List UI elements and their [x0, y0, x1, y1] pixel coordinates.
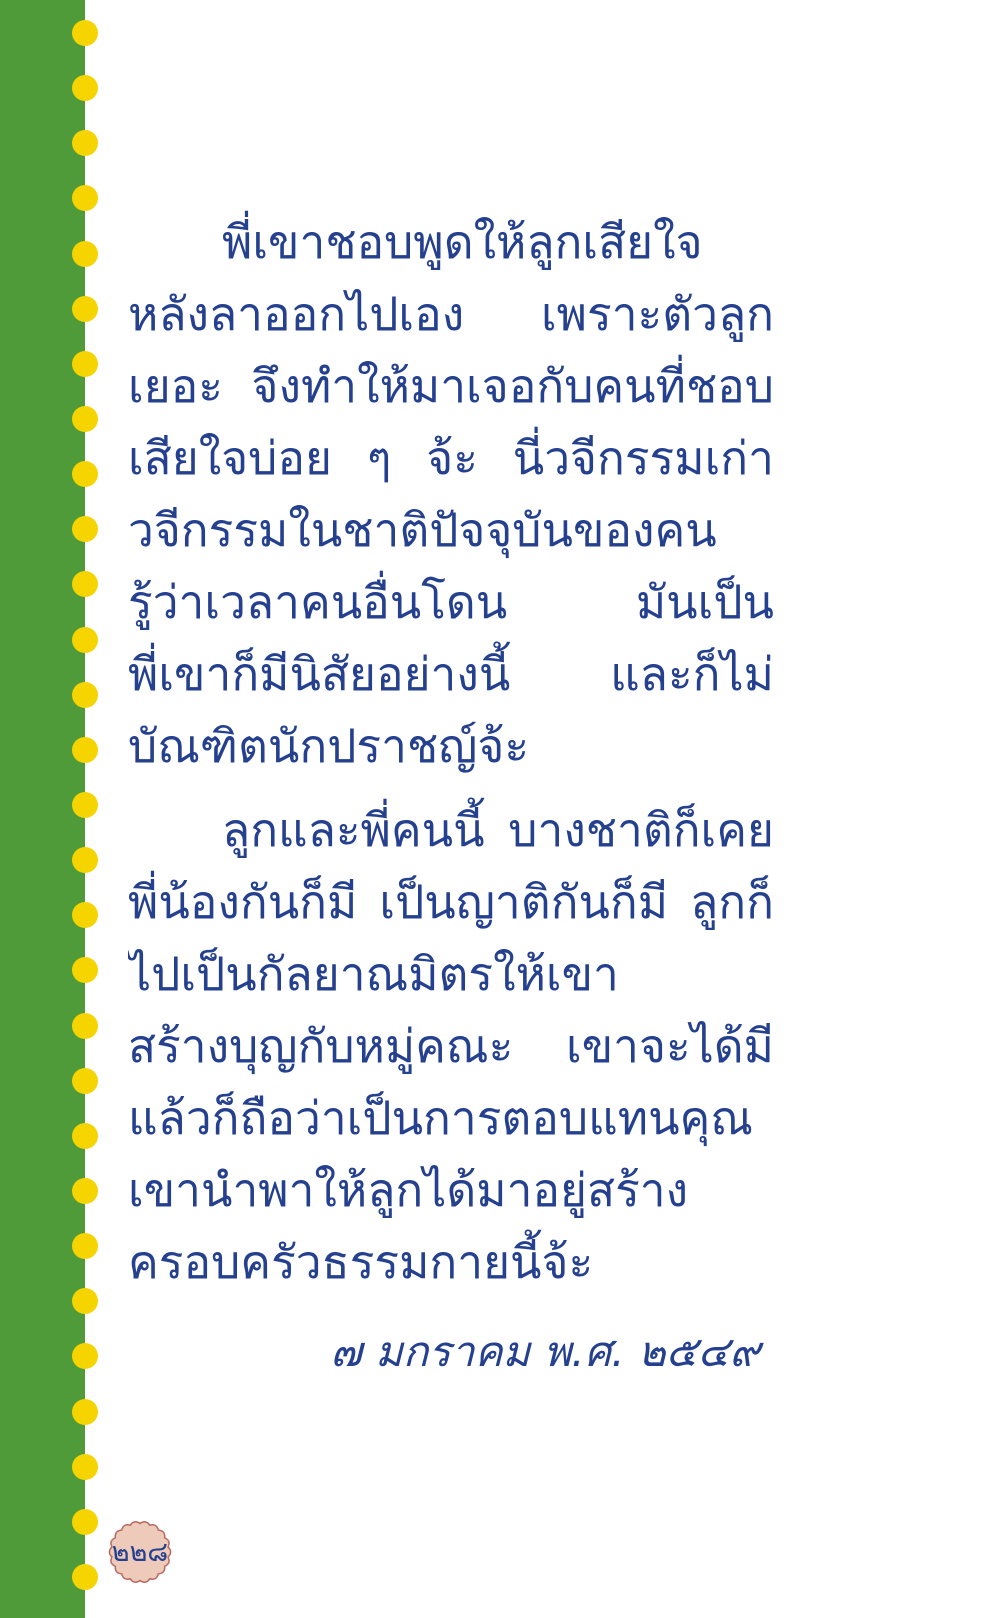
- yellow-dot: [72, 516, 98, 542]
- page-number-badge: ๒๒๘: [107, 1519, 173, 1585]
- yellow-dot: [72, 406, 98, 432]
- yellow-dot: [72, 1509, 98, 1535]
- yellow-dot: [72, 130, 98, 156]
- text-line: พี่เขาก็มีนิสัยอย่างนี้ และก็ไม่ค่อยมีบุ…: [128, 638, 774, 710]
- text-block: พี่เขาชอบพูดให้ลูกเสียใจ และตอนหลังลาออก…: [128, 206, 774, 1382]
- text-line: ครอบครัวธรรมกายนี้จ้ะ: [128, 1226, 774, 1298]
- text-line: หลังลาออกไปเอง เพราะตัวลูกเองมีวจีกรรม: [128, 278, 774, 350]
- text-line: แล้วก็ถือว่าเป็นการตอบแทนคุณเขาที่: [128, 1082, 774, 1154]
- yellow-dot: [72, 461, 98, 487]
- yellow-dot: [72, 1178, 98, 1204]
- yellow-dot: [72, 296, 98, 322]
- dot-border: [0, 0, 120, 1618]
- yellow-dot: [72, 351, 98, 377]
- text-line: พี่เขาชอบพูดให้ลูกเสียใจ และตอน: [128, 206, 774, 278]
- yellow-dot: [72, 957, 98, 983]
- yellow-dot: [72, 792, 98, 818]
- paragraph-1: พี่เขาชอบพูดให้ลูกเสียใจ และตอนหลังลาออก…: [128, 206, 774, 782]
- yellow-dot: [72, 1343, 98, 1369]
- yellow-dot: [72, 20, 98, 46]
- yellow-dot: [72, 1399, 98, 1425]
- yellow-dot: [72, 682, 98, 708]
- yellow-dot: [72, 1233, 98, 1259]
- yellow-dot: [72, 571, 98, 597]
- text-line: เสียใจบ่อย ๆ จ้ะ นี่วจีกรรมเก่าดึงดูด: [128, 422, 774, 494]
- yellow-dot: [72, 902, 98, 928]
- yellow-dot: [72, 1288, 98, 1314]
- yellow-dot: [72, 1564, 98, 1590]
- text-line: รู้ว่าเวลาคนอื่นโดน มันเป็นอย่างไร อีกทั…: [128, 566, 774, 638]
- text-line: ไปเป็นกัลยาณมิตรให้เขา แนะนำให้เขามา: [128, 938, 774, 1010]
- yellow-dot: [72, 185, 98, 211]
- yellow-dot: [72, 1123, 98, 1149]
- page-number: ๒๒๘: [107, 1519, 173, 1585]
- yellow-dot: [72, 1013, 98, 1039]
- text-line: บัณฑิตนักปราชญ์จ้ะ: [128, 710, 774, 782]
- text-line: เขานำพาให้ลูกได้มาอยู่สร้างบารมีกับ: [128, 1154, 774, 1226]
- yellow-dot: [72, 627, 98, 653]
- date-line: ๗ มกราคม พ.ศ. ๒๕๔๙: [128, 1322, 774, 1382]
- text-line: พี่น้องกันก็มี เป็นญาติกันก็มี ลูกก็ควรจ…: [128, 866, 774, 938]
- text-line: สร้างบุญกับหมู่คณะ เขาจะได้มีบุญติดตัวไป: [128, 1010, 774, 1082]
- paragraph-2: ลูกและพี่คนนี้ บางชาติก็เคยเกิดเป็นพี่น้…: [128, 794, 774, 1298]
- text-line: วจีกรรมในชาติปัจจุบันของคนอื่นมา จะได้: [128, 494, 774, 566]
- yellow-dot: [72, 1068, 98, 1094]
- yellow-dot: [72, 1454, 98, 1480]
- yellow-dot: [72, 847, 98, 873]
- book-page: พี่เขาชอบพูดให้ลูกเสียใจ และตอนหลังลาออก…: [0, 0, 1000, 1618]
- text-line: เยอะ จึงทำให้มาเจอกับคนที่ชอบพูดให้: [128, 350, 774, 422]
- text-line: ลูกและพี่คนนี้ บางชาติก็เคยเกิดเป็น: [128, 794, 774, 866]
- yellow-dot: [72, 75, 98, 101]
- yellow-dot: [72, 737, 98, 763]
- yellow-dot: [72, 241, 98, 267]
